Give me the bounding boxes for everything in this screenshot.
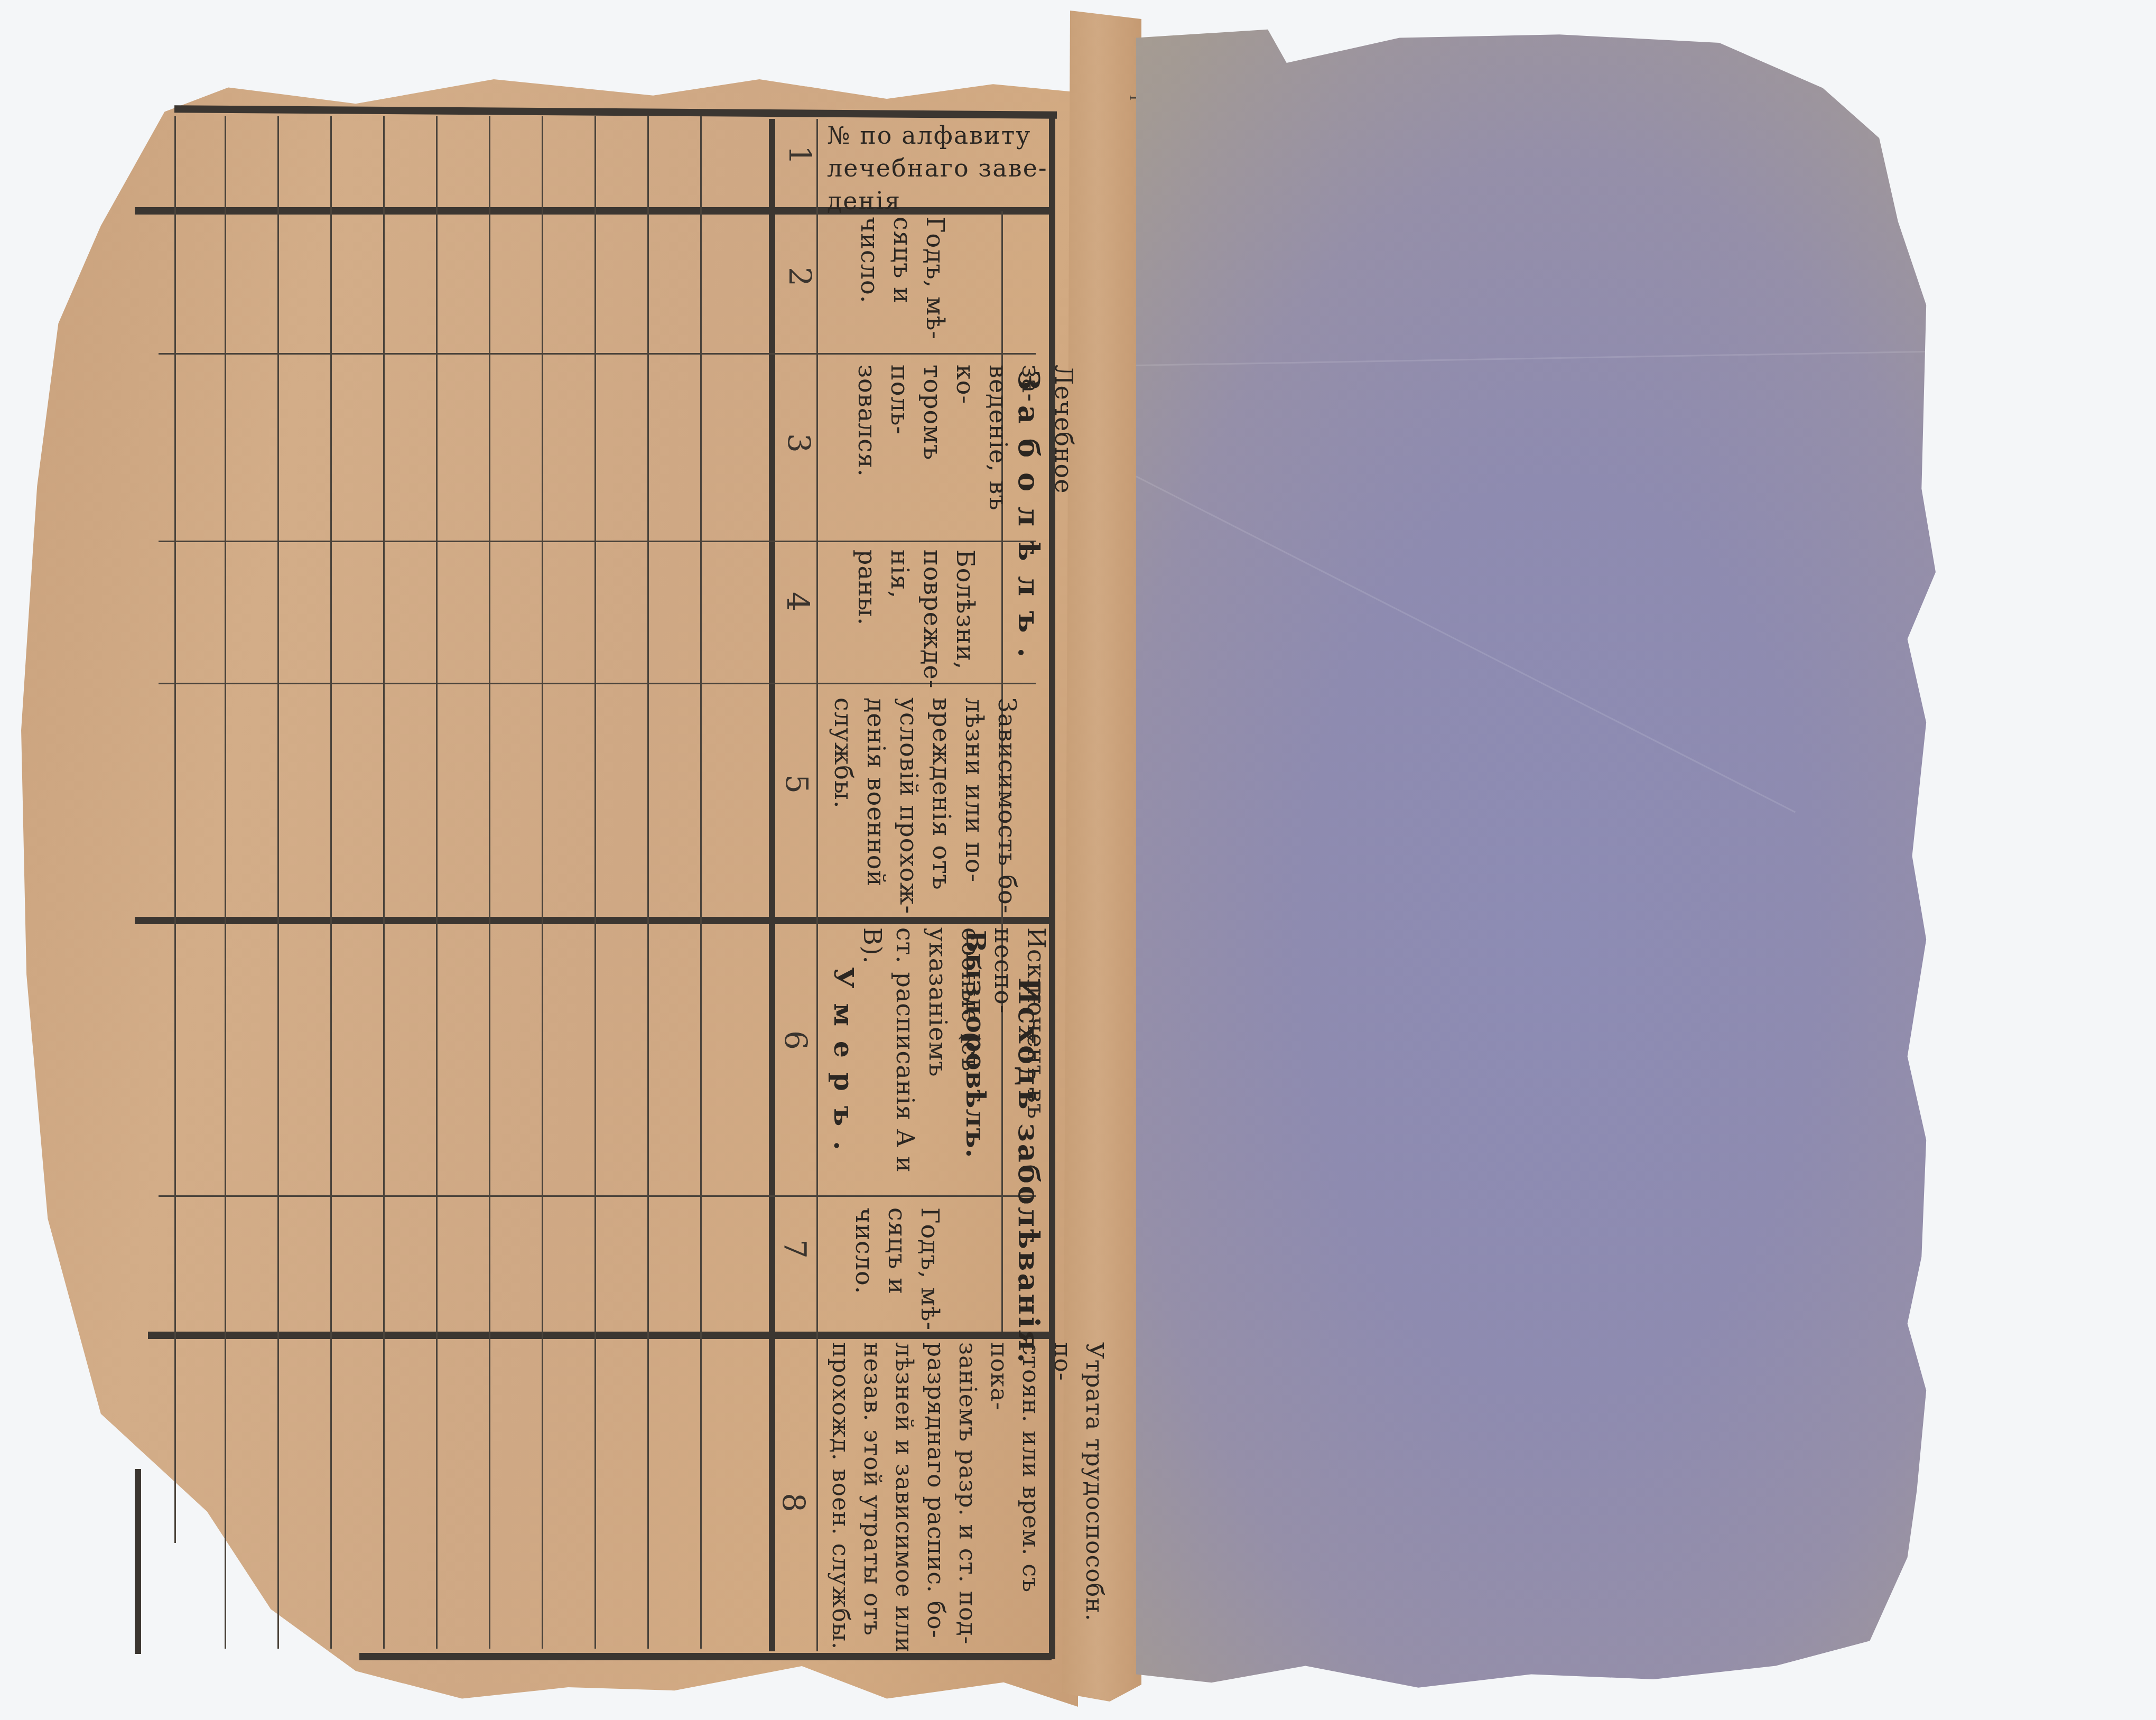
row-separator-thin — [159, 683, 1036, 684]
header-col2-text: Годъ, мѣ- сяцъ и число. — [853, 217, 952, 349]
crease-line — [1136, 351, 1929, 366]
header-col1-text: № по алфавиту лечебнаго заве- денія — [827, 119, 1049, 217]
column-number-6: 6 — [778, 1030, 814, 1050]
header-col4-text: Болѣзни, поврежде- нія, раны. — [851, 550, 982, 682]
header-col3-text: Лечебное за- веденіе, въ ко- торомъ поль… — [851, 365, 1080, 539]
column-number-7: 7 — [777, 1239, 813, 1259]
row-separator — [359, 1653, 1052, 1660]
ruled-column-line — [174, 116, 176, 1543]
ruled-column-line — [436, 116, 438, 1649]
header-col8-text: Утрата трудоспособн. по- стоян. или врем… — [824, 1342, 1110, 1654]
column-number-5: 5 — [779, 774, 815, 794]
ruled-column-line — [594, 116, 596, 1649]
column-number-8: 8 — [776, 1493, 812, 1512]
row-separator-thin — [159, 353, 1036, 355]
column-number-3: 3 — [781, 433, 817, 453]
row-separator-thin — [159, 541, 1036, 542]
header-col6-umer: Умеръ. — [827, 967, 860, 1147]
ruled-column-line — [277, 116, 279, 1649]
header-col6-isklyuchen: Исключенъ въ неспо- собные (съ указаніем… — [856, 927, 1053, 1181]
column-number-1: 1 — [782, 145, 818, 165]
number-column-border — [769, 119, 775, 1651]
ruled-column-line — [330, 116, 332, 1649]
ruled-column-line — [489, 116, 490, 1649]
header-col7-text: Годъ, мѣ- сяцъ и число. — [848, 1207, 946, 1334]
column-number-divider — [816, 119, 818, 1651]
header-col5-text: Зависимость бо- лѣзни или по- врежденія … — [827, 698, 1024, 919]
ruled-column-line — [383, 116, 385, 1649]
ruled-column-line — [542, 116, 543, 1649]
row-separator-thin — [159, 1195, 1036, 1197]
column-number-2: 2 — [782, 267, 818, 286]
crease-line — [1136, 476, 1796, 813]
ruled-column-line — [700, 116, 702, 1649]
ruled-column-line — [647, 116, 649, 1649]
table-left-border-fragment — [135, 1469, 141, 1654]
right-page-blank-purple — [1136, 21, 2077, 1691]
column-number-4: 4 — [780, 592, 816, 611]
ruled-column-line — [225, 116, 226, 1649]
